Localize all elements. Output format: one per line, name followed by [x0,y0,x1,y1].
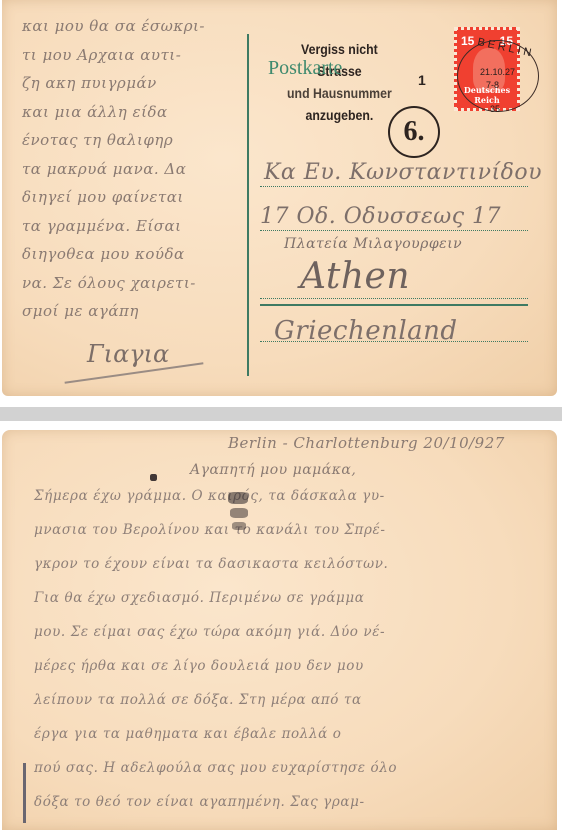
address-solid-line [260,304,528,306]
message-line: τα γραμμένα. Είσαι [22,212,237,241]
message-line: ζη ακη πυιγρμάν [22,69,237,98]
message-line: και μια άλλη είδα [22,98,237,127]
ink-blot [228,492,248,504]
circled-number-stamp: 6. [388,106,440,158]
mark-one: 1 [418,72,426,88]
address-street: 17 Οδ. Οδυσσεως 17 [260,204,501,229]
message-line: πού σας. Η αδελφούλα σας μου ευχαρίστησε… [34,751,397,785]
message-line: δόξα το θεό τον είναι αγαπημένη. Σας γρα… [34,785,397,819]
message-line: τα μακρυά μανα. Δα [22,155,237,184]
message-line: γκρον το έχουν είναι τα δασικαστα κειλόσ… [34,547,397,581]
image-separator [0,407,562,421]
message-line: να. Σε όλους χαιρετι- [22,269,237,298]
cancellation-line: anzugeben. [280,104,399,126]
message-line: ένοτας τη θαλιφηρ [22,126,237,155]
message-line: έργα για τα μαθηματα και έβαλε πολλά ο [34,717,397,751]
message-line: διηγοθεα μου κούδα [22,240,237,269]
back-handwritten-message: Σήμερα έχω γράμμα. Ο καιρός, τα δάσκαλα … [34,463,397,819]
vertical-divider-line [247,34,249,376]
postcard-front: και μου θα σα έσωκρι- τι μου Αρχαια αυτι… [2,0,557,396]
circled-number: 6. [404,116,425,148]
ink-blot [150,474,157,481]
message-line: λείπουν τα πολλά σε δόξα. Στη μέρα από τ… [34,683,397,717]
address-city: Athen [300,256,410,297]
message-line: μου. Σε είμαι σας έχω τώρα ακόμη γιά. Δύ… [34,615,397,649]
cancellation-stamp-text: Vergiss nicht Strasse und Hausnummer anz… [280,38,399,126]
postmark-number: 35 [490,104,500,114]
address-recipient: Κα Ευ. Κωνσταντινίδου [264,160,542,185]
message-line: μνασια του Βερολίνου και το κανάλι του Σ… [34,513,397,547]
front-handwritten-message: και μου θα σα έσωκρι- τι μου Αρχαια αυτι… [22,12,237,326]
pencil-mark [23,763,26,823]
cancellation-line: und Hausnummer [280,82,399,104]
message-line: Για θα έχω σχεδιασμό. Περιμένω σε γράμμα [34,581,397,615]
message-line: Σήμερα έχω γράμμα. Ο καιρός, τα δάσκαλα … [34,479,397,513]
back-heading-place-date: Berlin - Charlottenburg 20/10/927 [228,434,505,452]
postmark-date: 21.10.27 [480,67,515,77]
message-line: μέρες ήρθα και σε λίγο δουλειά μου δεν μ… [34,649,397,683]
message-line: τι μου Αρχαια αυτι- [22,41,237,70]
ink-blot [230,508,248,518]
stamp-value-left: 15 [461,34,474,48]
address-dotted-line [260,341,528,342]
address-district: Πλατεία Μιλαγουρφειν [284,236,462,252]
address-dotted-line [260,230,528,231]
address-dotted-line [260,186,528,187]
message-line: σμοί με αγάπη [22,297,237,326]
ink-blot [232,522,246,530]
signature: Γιαγια [87,340,169,368]
message-line: και μου θα σα έσωκρι- [22,12,237,41]
postkarte-label: Postkarte [268,57,342,80]
message-line: διηγεί μου φαίνεται [22,183,237,212]
postmark-time: 7-8 [486,80,499,90]
address-dotted-line [260,298,528,299]
